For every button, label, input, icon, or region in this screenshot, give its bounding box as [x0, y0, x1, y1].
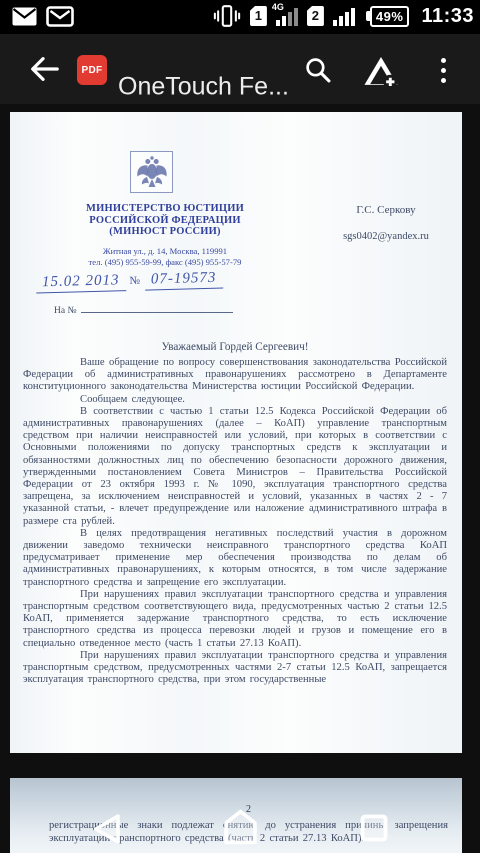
email-icon [46, 6, 74, 27]
ministry-line: РОССИЙСКОЙ ФЕДЕРАЦИИ [20, 215, 310, 227]
ministry-line: МИНИСТЕРСТВО ЮСТИЦИИ [20, 203, 310, 215]
addressee-block: Г.С. Серкову sgs0402@yandex.ru [310, 204, 462, 242]
notification-icons [12, 6, 74, 27]
nav-home-icon[interactable] [224, 809, 257, 845]
document-title: OneTouch Fe... [118, 73, 289, 102]
paragraph: Ваше обращение по вопросу совершенствова… [23, 357, 447, 394]
overflow-menu-icon[interactable] [434, 54, 452, 86]
app-toolbar: PDF OneTouch Fe... [0, 34, 480, 104]
sim1-badge: 1 [250, 6, 267, 26]
letter-body: Ваше обращение по вопросу совершенствова… [23, 357, 447, 686]
nav-recents-icon[interactable] [360, 814, 388, 842]
addressee-name: Г.С. Серкову [310, 204, 462, 216]
address-line: Житная ул., д. 14, Москва, 119991 [20, 246, 310, 257]
back-arrow-icon[interactable] [28, 54, 60, 84]
salutation: Уважаемый Гордей Сергеевич! [23, 341, 447, 353]
signal-sim1: 4G [276, 6, 298, 26]
outgoing-number-row: 15.02 2013№07-19573 [36, 270, 223, 294]
system-status-icons: 1 4G 2 49% 11:33 [213, 4, 474, 28]
network-type-label: 4G [272, 2, 284, 12]
ministry-line: (МИНЮСТ РОССИИ) [20, 226, 310, 238]
phone-screen: 1 4G 2 49% 11:33 PDF OneTouch Fe... [0, 0, 480, 853]
vibrate-icon [213, 4, 241, 28]
number-sign: № [125, 275, 145, 288]
sim2-badge: 2 [307, 6, 324, 26]
coat-of-arms-icon [130, 151, 173, 193]
clock: 11:33 [421, 5, 474, 28]
reference-blank-line [81, 304, 233, 313]
paragraph: Сообщаем следующее. [23, 394, 447, 406]
pdf-page-1: МИНИСТЕРСТВО ЮСТИЦИИ РОССИЙСКОЙ ФЕДЕРАЦИ… [10, 112, 462, 753]
paragraph: При нарушениях правил эксплуатации транс… [23, 589, 447, 650]
search-icon[interactable] [304, 56, 331, 83]
handwritten-number: 07-19573 [145, 270, 223, 291]
paragraph: В соответствии с частью 1 статьи 12.5 Ко… [23, 406, 447, 528]
status-bar: 1 4G 2 49% 11:33 [0, 0, 480, 34]
nav-back-icon[interactable] [92, 814, 122, 844]
addressee-email: sgs0402@yandex.ru [310, 231, 462, 242]
battery-icon: 49% [370, 6, 410, 27]
reference-number-row: На № [54, 304, 233, 316]
pdf-icon: PDF [77, 55, 107, 85]
paragraph: В целях предотвращения негативных послед… [23, 528, 447, 589]
paragraph: При нарушениях правил эксплуатации транс… [23, 650, 447, 687]
pdf-viewer-canvas[interactable]: МИНИСТЕРСТВО ЮСТИЦИИ РОССИЙСКОЙ ФЕДЕРАЦИ… [0, 104, 480, 853]
letterhead-ministry: МИНИСТЕРСТВО ЮСТИЦИИ РОССИЙСКОЙ ФЕДЕРАЦИ… [20, 203, 310, 238]
gmail-icon [12, 7, 37, 26]
letterhead-address: Житная ул., д. 14, Москва, 119991 тел. (… [20, 246, 310, 267]
drive-add-icon[interactable] [363, 56, 399, 87]
address-line: тел. (495) 955-59-99, факс (495) 955-57-… [20, 257, 310, 268]
battery-percent: 49% [376, 9, 404, 24]
reference-label: На № [54, 306, 77, 316]
handwritten-date: 15.02 2013 [36, 272, 126, 293]
signal-icon-2 [333, 6, 355, 26]
